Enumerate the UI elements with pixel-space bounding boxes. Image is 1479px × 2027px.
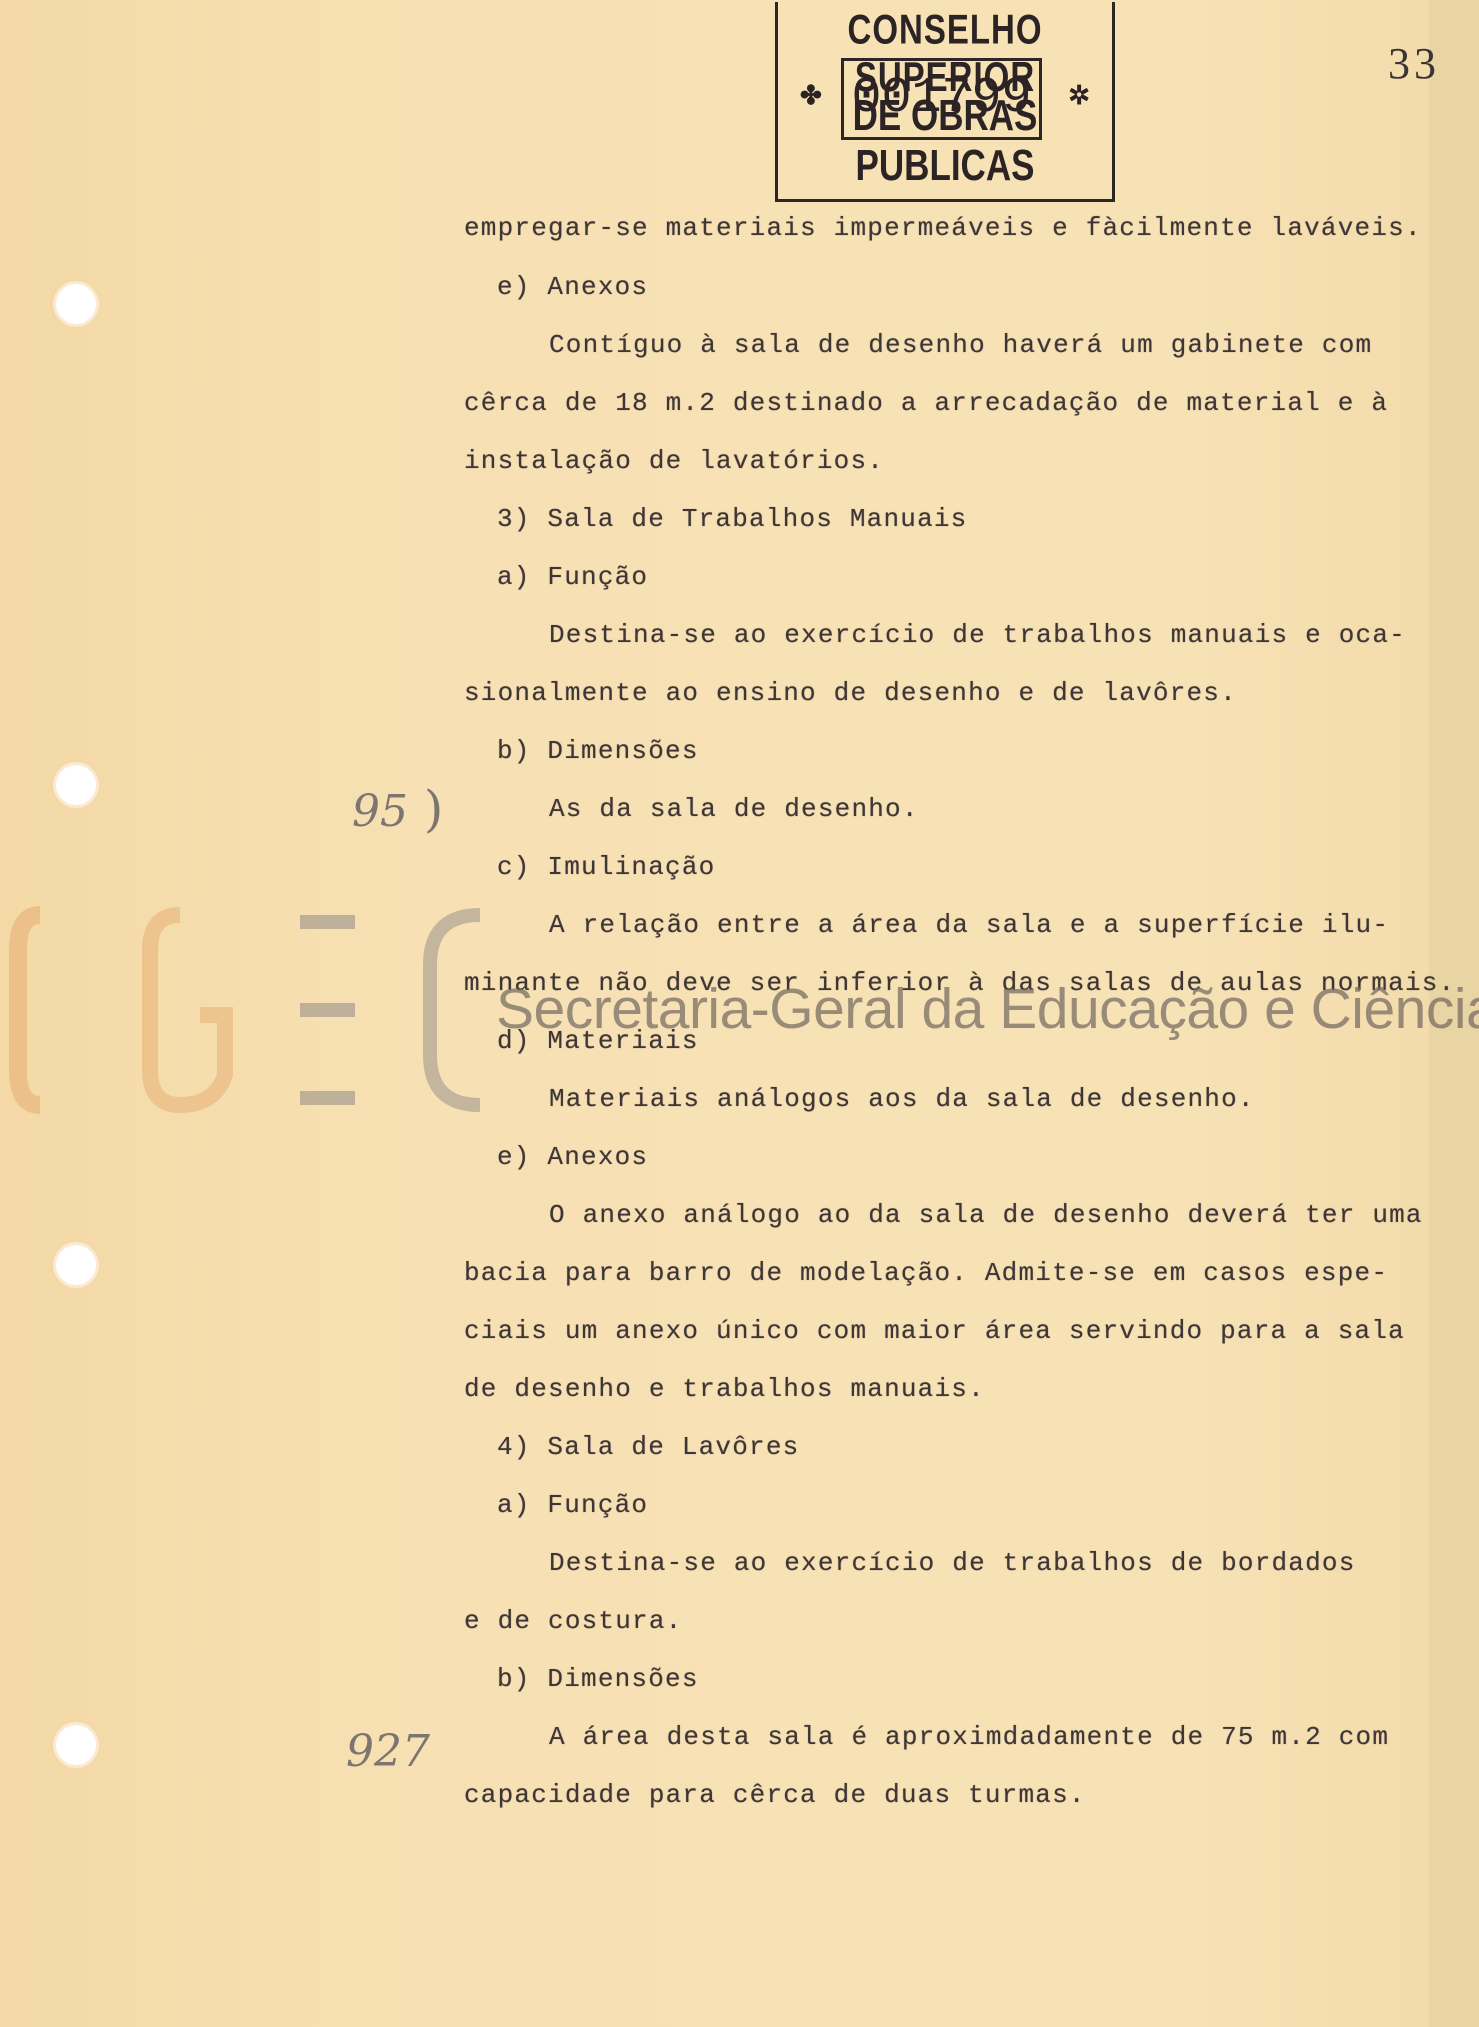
watermark-text: Secretaria-Geral da Educação e Ciência bbox=[496, 976, 1479, 1042]
text-line: capacidade para cêrca de duas turmas. bbox=[464, 1780, 1086, 1810]
section-heading: b) Dimensões bbox=[497, 736, 699, 766]
text-line: instalação de lavatórios. bbox=[464, 446, 884, 476]
section-heading: a) Função bbox=[497, 562, 648, 592]
text-line: A área desta sala é aproximdadamente de … bbox=[549, 1722, 1389, 1752]
page-number: 33 bbox=[1388, 38, 1440, 89]
punch-hole bbox=[56, 765, 96, 805]
punch-hole bbox=[56, 1725, 96, 1765]
margin-note-text: 95 bbox=[352, 786, 408, 837]
margin-note-text: 927 bbox=[346, 1726, 430, 1777]
stamp-line-3: DE OBRAS PUBLICAS bbox=[778, 91, 1112, 191]
text-line: Destina-se ao exercício de trabalhos de … bbox=[549, 1548, 1356, 1578]
text-line: As da sala de desenho. bbox=[549, 794, 919, 824]
margin-note: 95 ) bbox=[352, 780, 443, 838]
text-line: ciais um anexo único com maior área serv… bbox=[464, 1316, 1405, 1346]
text-line: bacia para barro de modelação. Admite-se… bbox=[464, 1258, 1388, 1288]
text-line: O anexo análogo ao da sala de desenho de… bbox=[549, 1200, 1423, 1230]
section-heading: b) Dimensões bbox=[497, 1664, 699, 1694]
text-line: empregar-se materiais impermeáveis e fàc… bbox=[464, 213, 1422, 243]
text-line: e de costura. bbox=[464, 1606, 682, 1636]
document-page: CONSELHO SUPERIOR ✤ 001799 ✲ DE OBRAS PU… bbox=[0, 0, 1479, 2027]
section-heading: 4) Sala de Lavôres bbox=[497, 1432, 799, 1462]
registry-stamp: CONSELHO SUPERIOR ✤ 001799 ✲ DE OBRAS PU… bbox=[775, 2, 1115, 202]
margin-note: 927 bbox=[346, 1726, 430, 1777]
section-heading: 3) Sala de Trabalhos Manuais bbox=[497, 504, 967, 534]
text-line: cêrca de 18 m.2 destinado a arrecadação … bbox=[464, 388, 1388, 418]
text-line: Materiais análogos aos da sala de desenh… bbox=[549, 1084, 1255, 1114]
section-heading: e) Anexos bbox=[497, 272, 648, 302]
text-line: A relação entre a área da sala e a super… bbox=[549, 910, 1389, 940]
section-heading: c) Imulinação bbox=[497, 852, 715, 882]
text-line: de desenho e trabalhos manuais. bbox=[464, 1374, 985, 1404]
text-line: Destina-se ao exercício de trabalhos man… bbox=[549, 620, 1406, 650]
text-line: Contíguo à sala de desenho haverá um gab… bbox=[549, 330, 1372, 360]
section-heading: a) Função bbox=[497, 1490, 648, 1520]
text-line: sionalmente ao ensino de desenho e de la… bbox=[464, 678, 1237, 708]
section-heading: e) Anexos bbox=[497, 1142, 648, 1172]
punch-hole bbox=[56, 284, 96, 324]
punch-hole bbox=[56, 1245, 96, 1285]
